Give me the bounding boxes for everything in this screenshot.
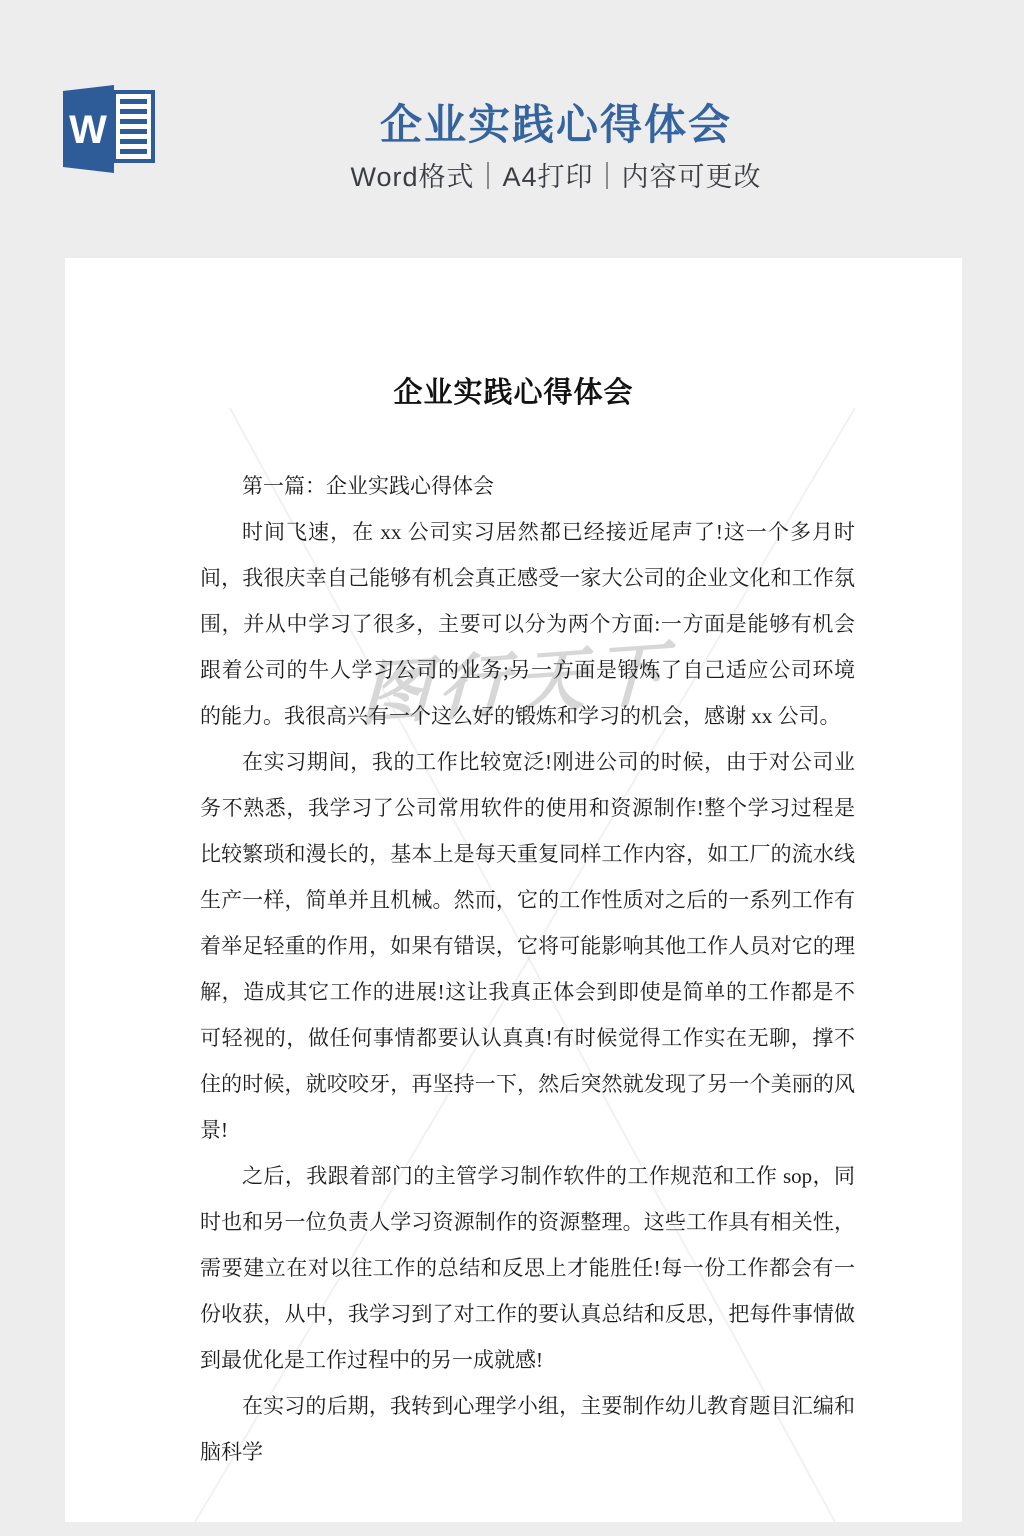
document-title: 企业实践心得体会 xyxy=(65,370,962,411)
preview-header: W 企业实践心得体会 Word格式｜A4打印｜内容可更改 xyxy=(0,0,1024,258)
document-page: 图行天下 企业实践心得体会 第一篇：企业实践心得体会时间飞速，在 xx 公司实习… xyxy=(65,258,962,1522)
header-subtitle: Word格式｜A4打印｜内容可更改 xyxy=(56,155,1024,194)
document-paragraph: 在实习期间，我的工作比较宽泛!刚进公司的时候，由于对公司业务不熟悉，我学习了公司… xyxy=(200,739,855,1153)
document-paragraph: 在实习的后期，我转到心理学小组，主要制作幼儿教育题目汇编和脑科学 xyxy=(200,1383,855,1475)
header-title: 企业实践心得体会 xyxy=(56,92,1024,152)
document-paragraph: 第一篇：企业实践心得体会 xyxy=(200,463,855,509)
document-paragraph: 之后，我跟着部门的主管学习制作软件的工作规范和工作 sop，同时也和另一位负责人… xyxy=(200,1153,855,1383)
document-paragraph: 时间飞速，在 xx 公司实习居然都已经接近尾声了!这一个多月时间，我很庆幸自己能… xyxy=(200,509,855,739)
document-body: 第一篇：企业实践心得体会时间飞速，在 xx 公司实习居然都已经接近尾声了!这一个… xyxy=(200,463,855,1475)
